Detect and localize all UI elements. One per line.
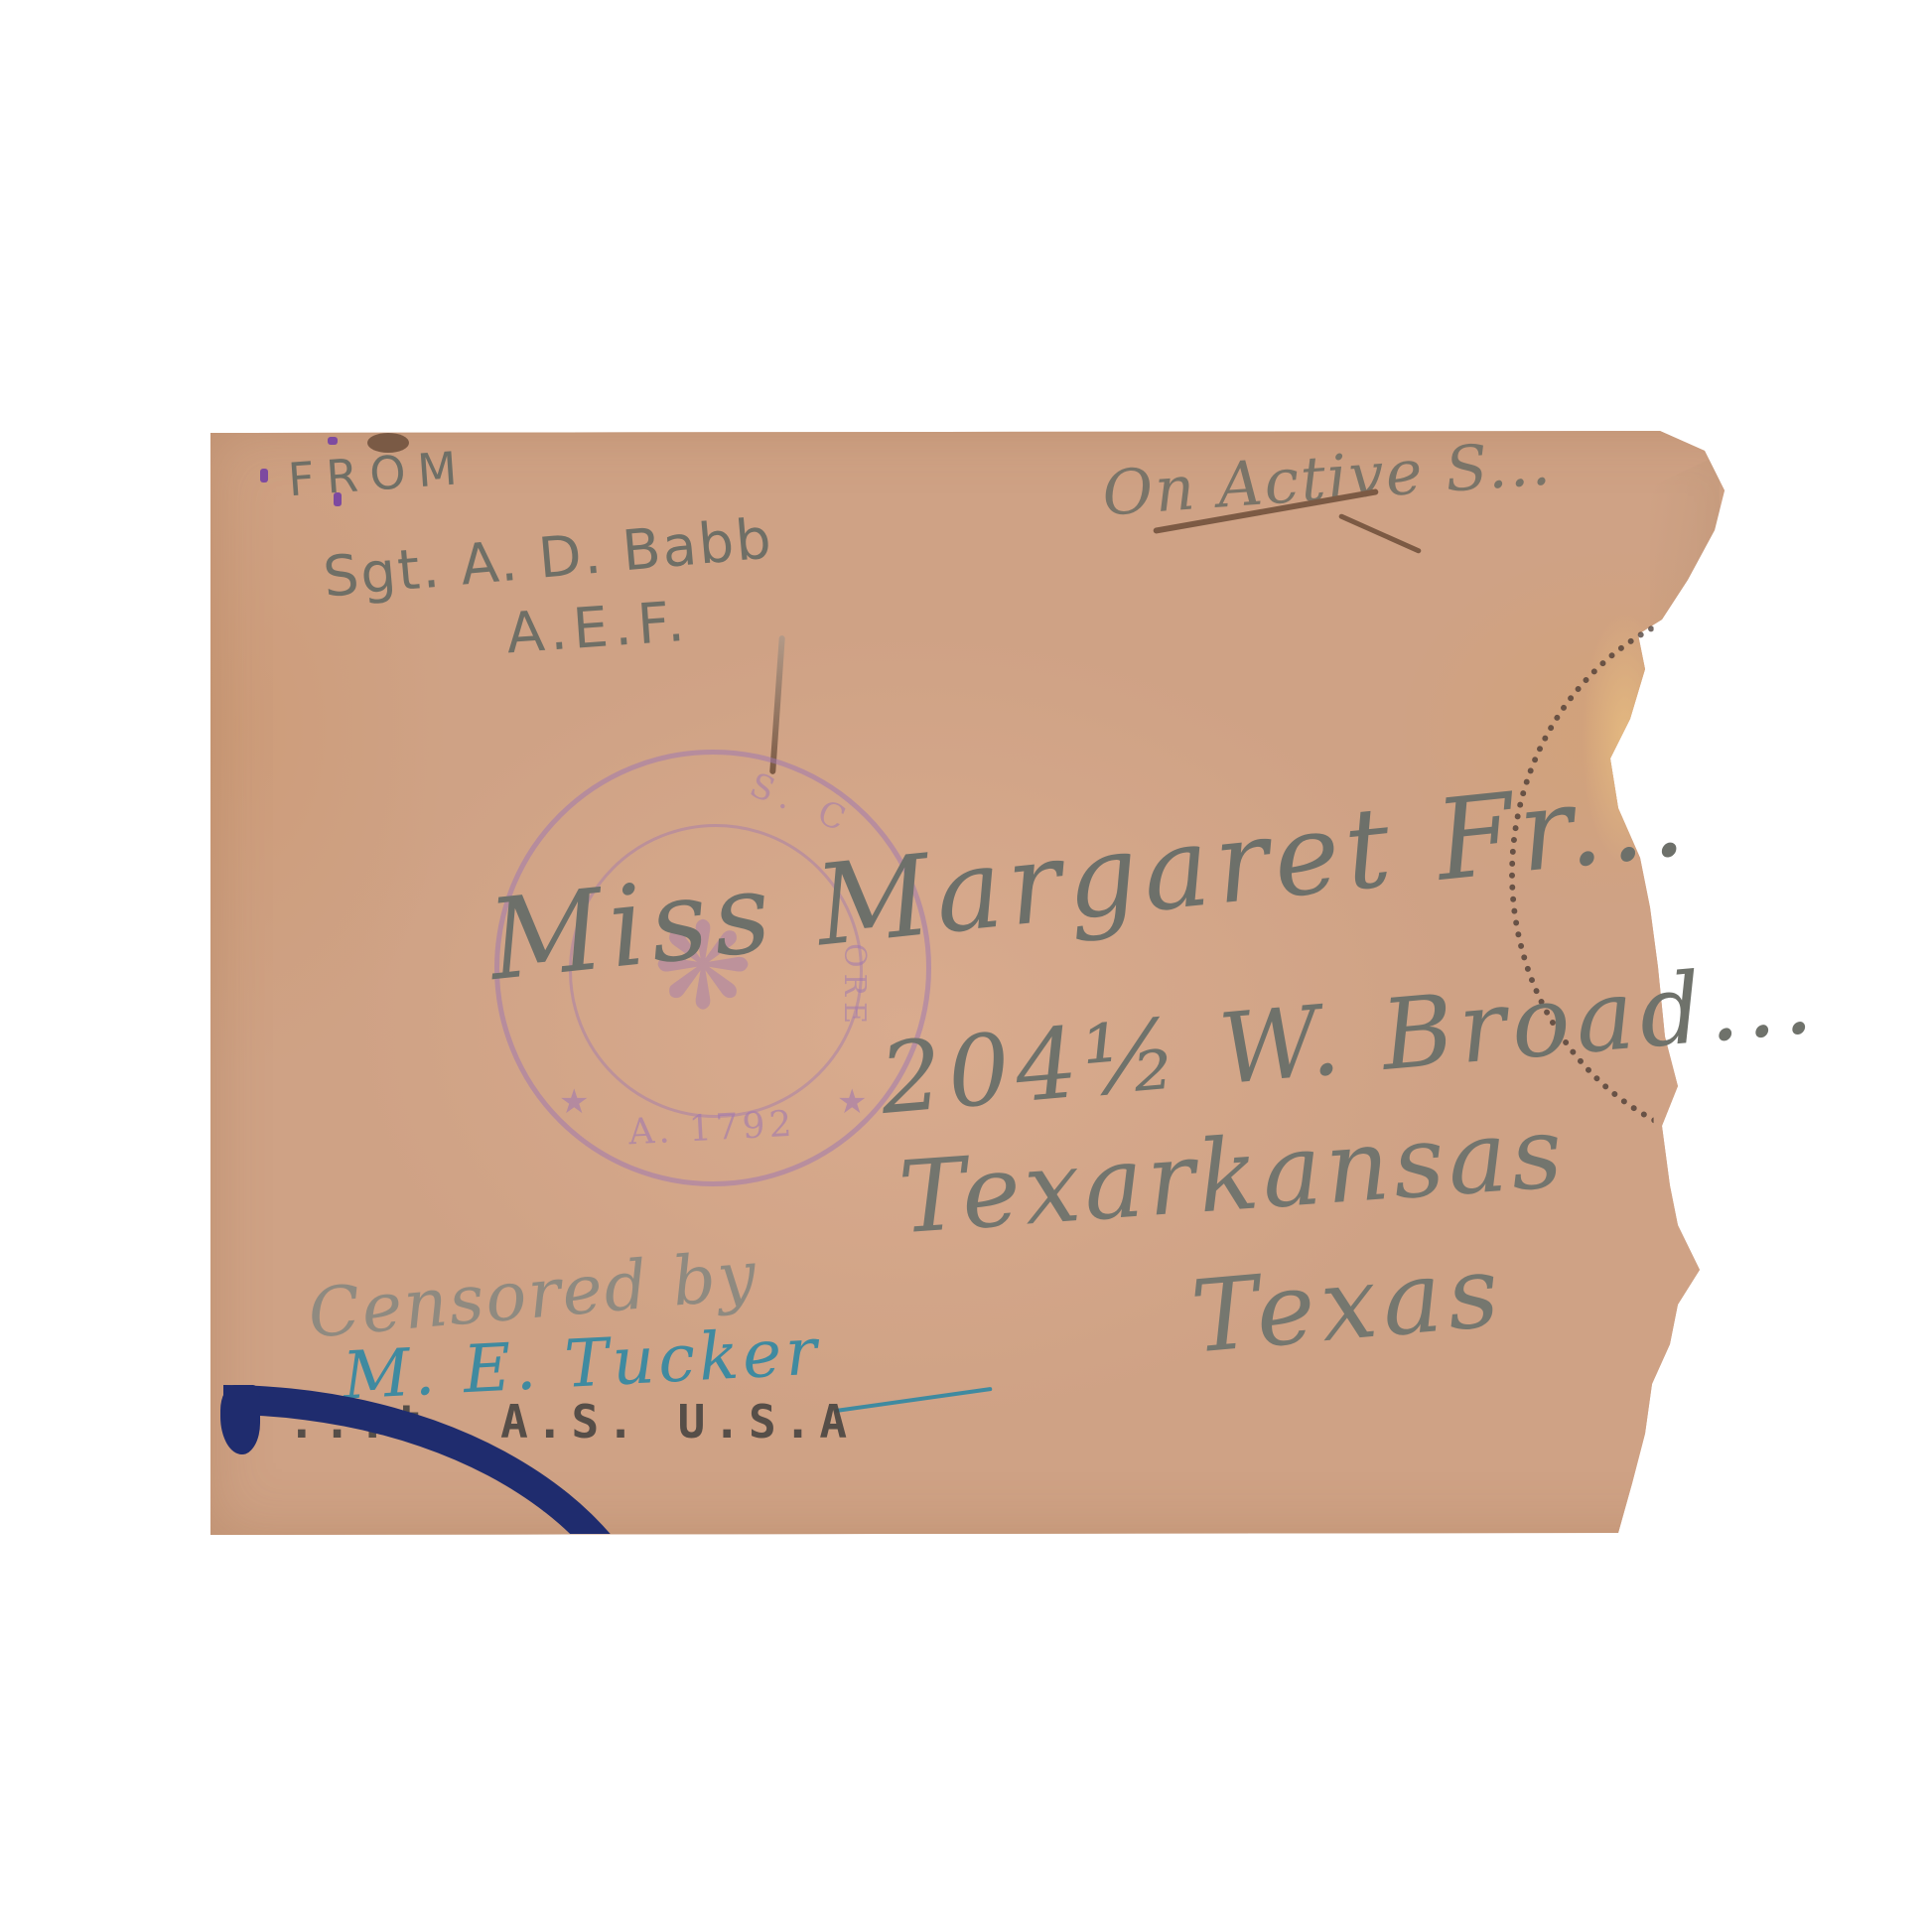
purple-ink-speck (328, 437, 338, 445)
blue-ink-blot (220, 1385, 260, 1454)
sender-unit: A.E.F. (504, 590, 692, 667)
photo-stage: FROM Sgt. A. D. Babb A.E.F. On Active S.… (0, 0, 1932, 1932)
stamp-bottom-text: A. 1792 (627, 1104, 796, 1154)
star-icon: ★ (559, 1082, 589, 1122)
star-icon: ★ (837, 1082, 867, 1122)
folded-flap (1650, 455, 1720, 686)
purple-ink-speck (260, 469, 268, 483)
